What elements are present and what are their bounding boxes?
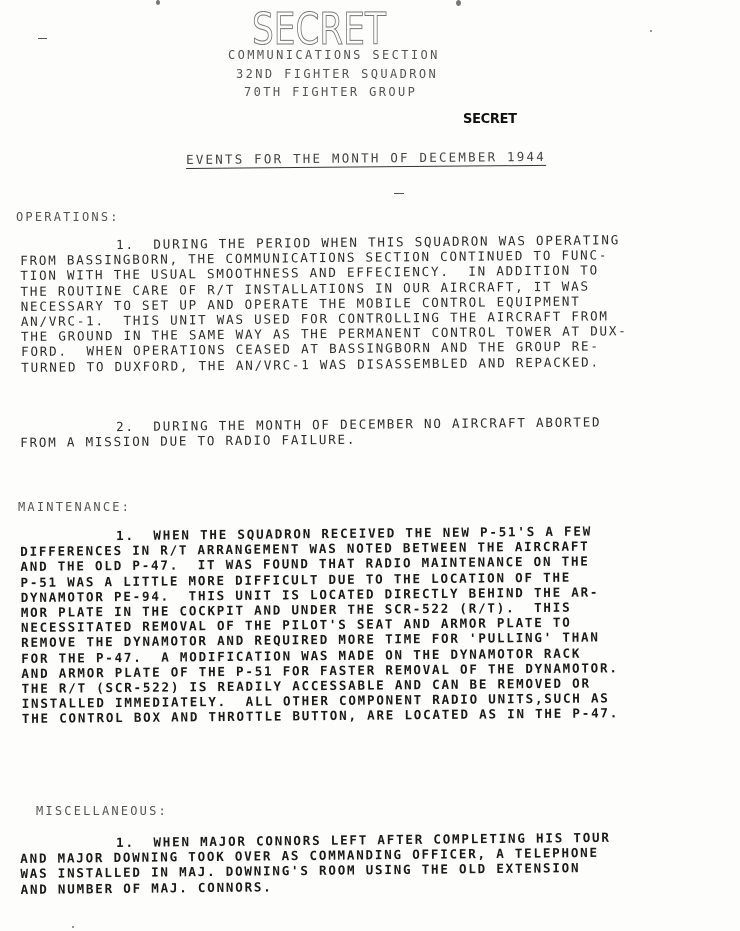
secret-stamp-right: SECRET <box>463 112 517 127</box>
unit-line-squadron: 32ND FIGHTER SQUADRON <box>236 67 438 81</box>
document-title: EVENTS FOR THE MONTH OF DECEMBER 1944 <box>186 149 546 169</box>
unit-line-group: 70TH FIGHTER GROUP <box>244 85 417 99</box>
section-heading-operations: OPERATIONS: <box>16 210 120 224</box>
operations-paragraph-2: 2. DURING THE MONTH OF DECEMBER NO AIRCR… <box>20 414 602 450</box>
scan-speck <box>72 926 74 928</box>
scan-mark <box>38 38 47 39</box>
scan-speck <box>456 0 461 6</box>
maintenance-paragraph-1: 1. WHEN THE SQUADRON RECEIVED THE NEW P-… <box>20 523 619 726</box>
scan-speck <box>156 0 160 5</box>
unit-line-communications-section: COMMUNICATIONS SECTION <box>228 48 440 62</box>
miscellaneous-paragraph-1: 1. WHEN MAJOR CONNORS LEFT AFTER COMPLET… <box>20 830 611 897</box>
scan-speck <box>650 30 652 32</box>
operations-paragraph-1: 1. DURING THE PERIOD WHEN THIS SQUADRON … <box>20 232 628 375</box>
document-page: SECRET COMMUNICATIONS SECTION 32ND FIGHT… <box>0 0 740 931</box>
section-heading-maintenance: MAINTENANCE: <box>18 500 131 514</box>
secret-stamp-top: SECRET <box>252 8 386 52</box>
title-separator <box>394 193 404 194</box>
section-heading-miscellaneous: MISCELLANEOUS: <box>36 804 168 818</box>
